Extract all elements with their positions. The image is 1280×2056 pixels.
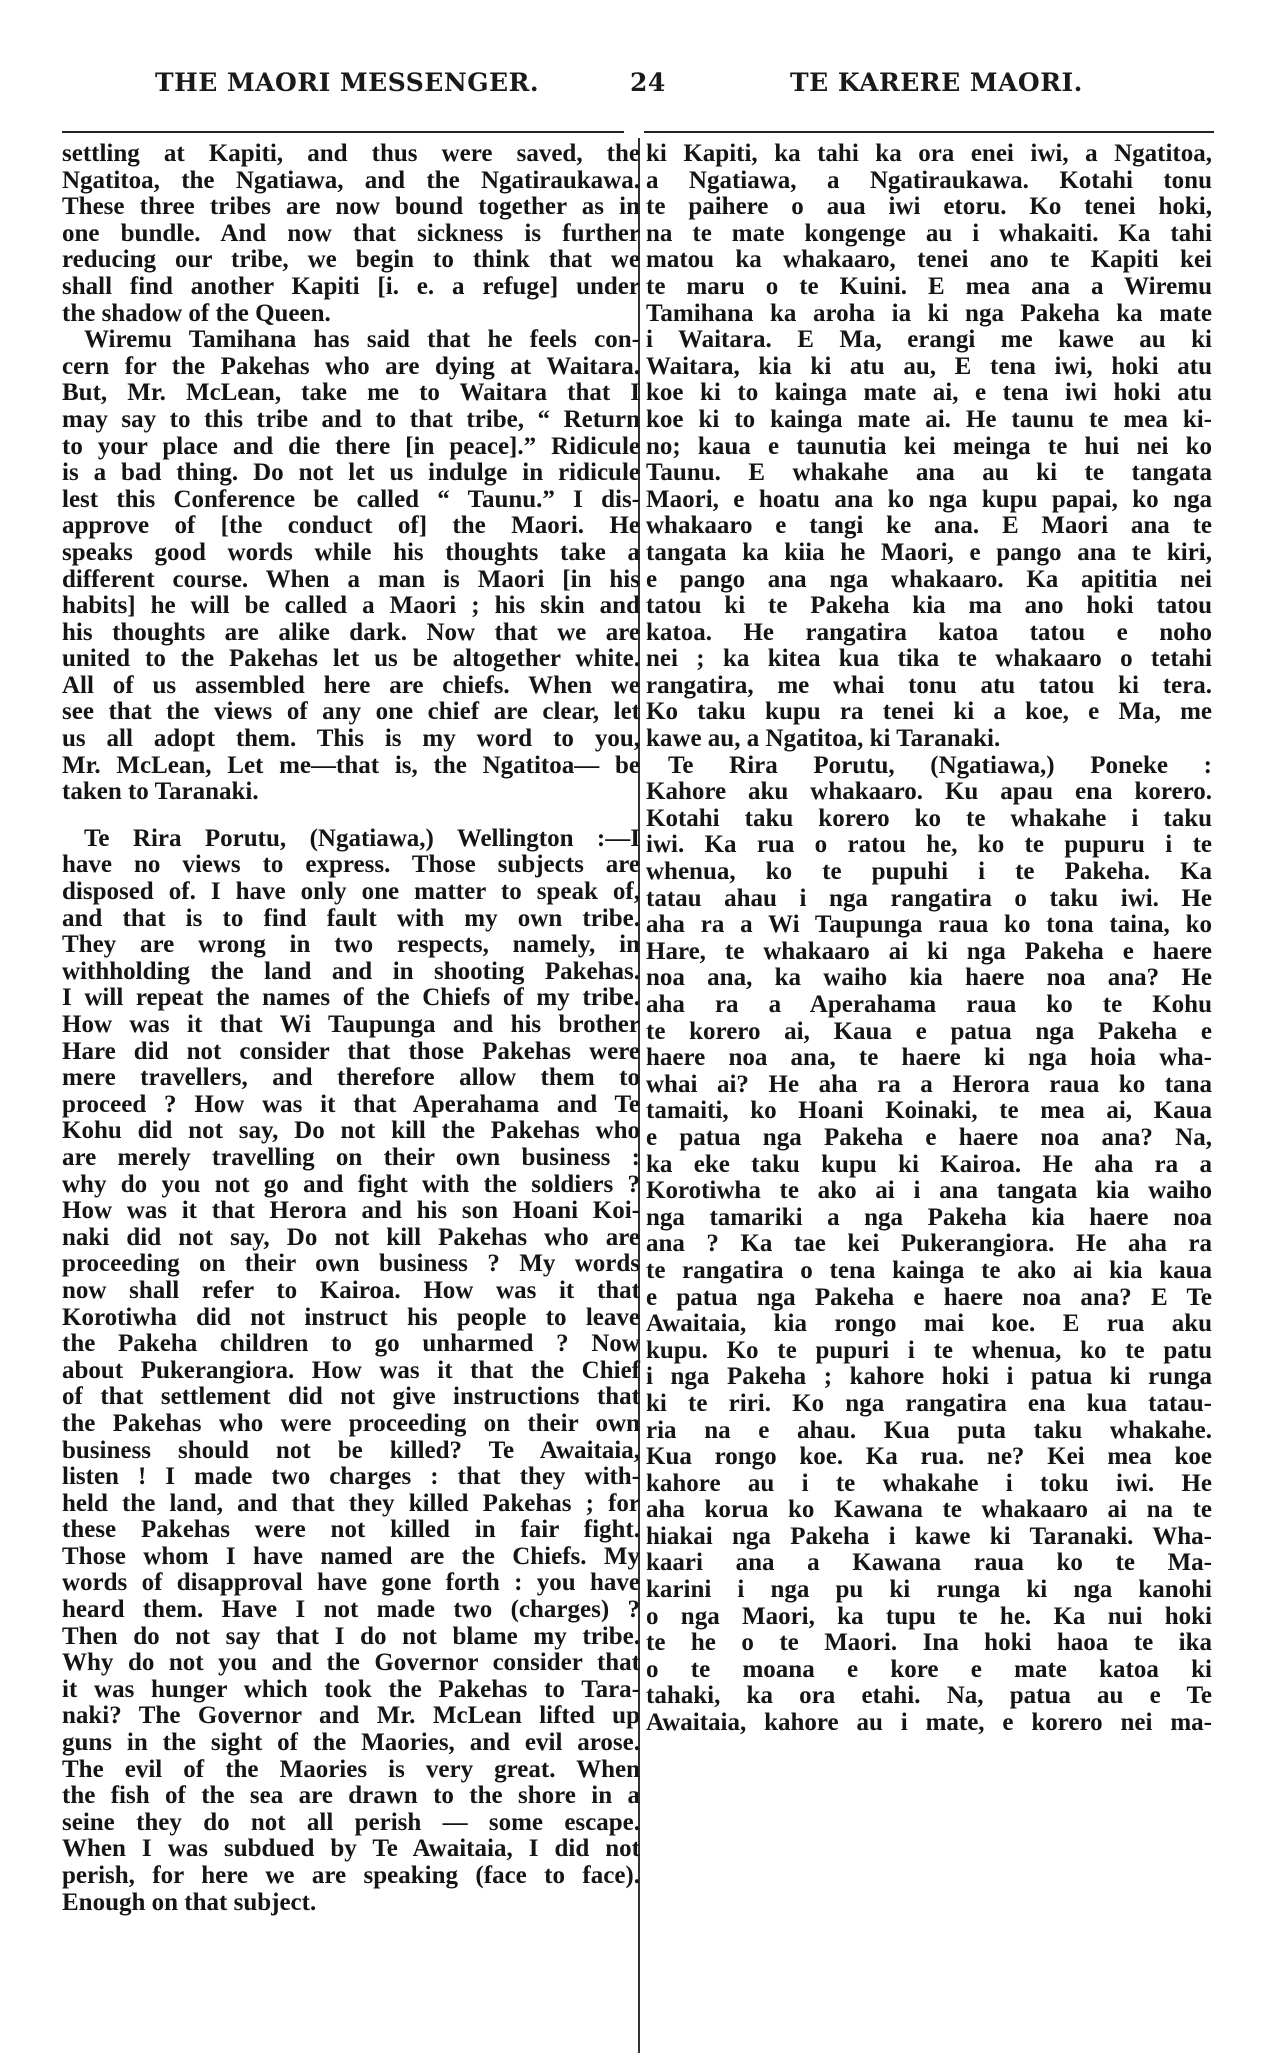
text-line: have no views to express. Those subjects…: [62, 852, 640, 879]
text-line: Maori, e hoatu ana ko nga kupu papai, ko…: [646, 487, 1212, 514]
page-number: 24: [630, 68, 666, 97]
text-line: These three tribes are now bound togethe…: [62, 194, 640, 221]
text-line: kawe au, a Ngatitoa, ki Taranaki.: [646, 726, 1212, 753]
text-line: koe ki to kainga mate ai. He taunu te me…: [646, 407, 1212, 434]
text-line: na te mate kongenge au i whakaiti. Ka ta…: [646, 221, 1212, 248]
text-line: business should not be killed? Te Awaita…: [62, 1438, 640, 1465]
text-line: different course. When a man is Maori [i…: [62, 567, 640, 594]
text-line: now shall refer to Kairoa. How was it th…: [62, 1278, 640, 1305]
text-line: When I was subdued by Te Awaitaia, I did…: [62, 1836, 640, 1863]
text-line: Tamihana ka aroha ia ki nga Pakeha ka ma…: [646, 301, 1212, 328]
text-line: Ko taku kupu ra tenei ki a koe, e Ma, me: [646, 699, 1212, 726]
text-line: kaari ana a Kawana raua ko te Ma-: [646, 1550, 1212, 1577]
text-line: tamaiti, ko Hoani Koinaki, te mea ai, Ka…: [646, 1098, 1212, 1125]
text-line: nei ; ka kitea kua tika te whakaaro o te…: [646, 646, 1212, 673]
text-line: matou ka whakaaro, tenei ano te Kapiti k…: [646, 247, 1212, 274]
text-line: may say to this tribe and to that tribe,…: [62, 407, 640, 434]
text-line: ana ? Ka tae kei Pukerangiora. He aha ra: [646, 1231, 1212, 1258]
text-line: habits] he will be called a Maori ; his …: [62, 593, 640, 620]
text-line: and that is to find fault with my own tr…: [62, 906, 640, 933]
text-line: proceeding on their own business ? My wo…: [62, 1251, 640, 1278]
text-line: te rangatira o tena kainga te ako ai kia…: [646, 1258, 1212, 1285]
text-line: kahore au i te whakahe i toku iwi. He: [646, 1471, 1212, 1498]
text-line: aha korua ko Kawana te whakaaro ai na te: [646, 1497, 1212, 1524]
text-line: one bundle. And now that sickness is fur…: [62, 221, 640, 248]
text-line: Te Rira Porutu, (Ngatiawa,) Wellington :…: [62, 826, 640, 853]
text-line: held the land, and that they killed Pake…: [62, 1491, 640, 1518]
text-line: te paihere o aua iwi etoru. Ko tenei hok…: [646, 194, 1212, 221]
text-line: The evil of the Maories is very great. W…: [62, 1757, 640, 1784]
text-line: of that settlement did not give instruct…: [62, 1384, 640, 1411]
text-line: i Waitara. E Ma, erangi me kawe au ki: [646, 327, 1212, 354]
text-line: proceed ? How was it that Aperahama and …: [62, 1092, 640, 1119]
maori-text-column: ki Kapiti, ka tahi ka ora enei iwi, a Ng…: [646, 141, 1212, 1737]
text-line: tatau ahau i nga rangatira o taku iwi. H…: [646, 886, 1212, 913]
text-line: Enough on that subject.: [62, 1890, 640, 1917]
text-line: ka eke taku kupu ki Kairoa. He aha ra a: [646, 1152, 1212, 1179]
text-line: hiakai nga Pakeha i kawe ki Taranaki. Wh…: [646, 1524, 1212, 1551]
text-line: Taunu. E whakahe ana au ki te tangata: [646, 460, 1212, 487]
text-line: seine they do not all perish — some esca…: [62, 1810, 640, 1837]
text-line: whenua, ko te pupuhi i te Pakeha. Ka: [646, 859, 1212, 886]
text-line: o nga Maori, ka tupu te he. Ka nui hoki: [646, 1604, 1212, 1631]
text-line: it was hunger which took the Pakehas to …: [62, 1677, 640, 1704]
maori-masthead-title: TE KARERE MAORI.: [790, 68, 1083, 97]
text-line: taken to Taranaki.: [62, 779, 640, 806]
text-line: ria na e ahau. Kua puta taku whakahe.: [646, 1418, 1212, 1445]
text-line: aha ra a Aperahama raua ko te Kohu: [646, 992, 1212, 1019]
text-line: haere noa ana, te haere ki nga hoia wha-: [646, 1045, 1212, 1072]
text-line: Korotiwha did not instruct his people to…: [62, 1305, 640, 1332]
text-line: are merely travelling on their own busin…: [62, 1145, 640, 1172]
text-line: these Pakehas were not killed in fair fi…: [62, 1517, 640, 1544]
text-line: rangatira, me whai tonu atu tatou ki ter…: [646, 673, 1212, 700]
text-line: speaks good words while his thoughts tak…: [62, 540, 640, 567]
text-line: karini i nga pu ki runga ki nga kanohi: [646, 1577, 1212, 1604]
text-line: the Pakehas who were proceeding on their…: [62, 1411, 640, 1438]
text-line: whakaaro e tangi ke ana. E Maori ana te: [646, 513, 1212, 540]
text-line: Awaitaia, kahore au i mate, e korero nei…: [646, 1710, 1212, 1737]
text-line: why do you not go and fight with the sol…: [62, 1172, 640, 1199]
text-line: whai ai? He aha ra a Herora raua ko tana: [646, 1072, 1212, 1099]
text-line: nga tamariki a nga Pakeha kia haere noa: [646, 1205, 1212, 1232]
text-line: Kohu did not say, Do not kill the Pakeha…: [62, 1118, 640, 1145]
text-line: naki did not say, Do not kill Pakehas wh…: [62, 1225, 640, 1252]
text-line: koe ki to kainga mate ai, e tena iwi hok…: [646, 380, 1212, 407]
text-line: shall find another Kapiti [i. e. a refug…: [62, 274, 640, 301]
text-line: lest this Conference be called “ Taunu.”…: [62, 487, 640, 514]
text-line: Hare, te whakaaro ai ki nga Pakeha e hae…: [646, 939, 1212, 966]
header-rule-left: [62, 131, 624, 133]
text-line: is a bad thing. Do not let us indulge in…: [62, 460, 640, 487]
text-line: ki te riri. Ko nga rangatira ena kua tat…: [646, 1391, 1212, 1418]
text-line: disposed of. I have only one matter to s…: [62, 879, 640, 906]
text-line: about Pukerangiora. How was it that the …: [62, 1358, 640, 1385]
text-line: Wiremu Tamihana has said that he feels c…: [62, 327, 640, 354]
text-line: e patua nga Pakeha e haere noa ana? Na,: [646, 1125, 1212, 1152]
text-line: approve of [the conduct of] the Maori. H…: [62, 513, 640, 540]
text-line: Then do not say that I do not blame my t…: [62, 1624, 640, 1651]
text-line: the fish of the sea are drawn to the sho…: [62, 1783, 640, 1810]
text-line: heard them. Have I not made two (charges…: [62, 1597, 640, 1624]
text-line: see that the views of any one chief are …: [62, 699, 640, 726]
text-line: the Pakeha children to go unharmed ? Now: [62, 1331, 640, 1358]
text-line: tatou ki te Pakeha kia ma ano hoki tatou: [646, 593, 1212, 620]
text-line: Why do not you and the Governor consider…: [62, 1650, 640, 1677]
text-line: te he o te Maori. Ina hoki haoa te ika: [646, 1630, 1212, 1657]
text-line: katoa. He rangatira katoa tatou e noho: [646, 620, 1212, 647]
text-line: united to the Pakehas let us be altogeth…: [62, 646, 640, 673]
text-line: How was it that Wi Taupunga and his brot…: [62, 1012, 640, 1039]
text-line: cern for the Pakehas who are dying at Wa…: [62, 354, 640, 381]
text-line: Ngatitoa, the Ngatiawa, and the Ngatirau…: [62, 168, 640, 195]
text-line: They are wrong in two respects, namely, …: [62, 932, 640, 959]
text-line: But, Mr. McLean, take me to Waitara that…: [62, 380, 640, 407]
text-line: How was it that Herora and his son Hoani…: [62, 1198, 640, 1225]
text-line: kupu. Ko te pupuri i te whenua, ko te pa…: [646, 1338, 1212, 1365]
text-line: tahaki, ka ora etahi. Na, patua au e Te: [646, 1683, 1212, 1710]
text-line: iwi. Ka rua o ratou he, ko te pupuru i t…: [646, 832, 1212, 859]
text-line: Te Rira Porutu, (Ngatiawa,) Poneke :: [646, 753, 1212, 780]
text-line: i nga Pakeha ; kahore hoki i patua ki ru…: [646, 1364, 1212, 1391]
text-line: listen ! I made two charges : that they …: [62, 1464, 640, 1491]
text-line: Waitara, kia ki atu au, E tena iwi, hoki…: [646, 354, 1212, 381]
text-line: Those whom I have named are the Chiefs. …: [62, 1544, 640, 1571]
text-line: Kahore aku whakaaro. Ku apau ena korero.: [646, 779, 1212, 806]
text-line: his thoughts are alike dark. Now that we…: [62, 620, 640, 647]
text-line: perish, for here we are speaking (face t…: [62, 1863, 640, 1890]
text-line: tangata ka kiia he Maori, e pango ana te…: [646, 540, 1212, 567]
text-line: noa ana, ka waiho kia haere noa ana? He: [646, 965, 1212, 992]
text-line: aha ra a Wi Taupunga raua ko tona taina,…: [646, 912, 1212, 939]
text-line: ki Kapiti, ka tahi ka ora enei iwi, a Ng…: [646, 141, 1212, 168]
text-line: Kua rongo koe. Ka rua. ne? Kei mea koe: [646, 1444, 1212, 1471]
text-line: All of us assembled here are chiefs. Whe…: [62, 673, 640, 700]
text-line: words of disapproval have gone forth : y…: [62, 1570, 640, 1597]
english-masthead-title: THE MAORI MESSENGER.: [155, 68, 539, 97]
text-line: us all adopt them. This is my word to yo…: [62, 726, 640, 753]
text-line: a Ngatiawa, a Ngatiraukawa. Kotahi tonu: [646, 168, 1212, 195]
english-text-column: settling at Kapiti, and thus were saved,…: [62, 141, 640, 1916]
text-line: o te moana e kore e mate katoa ki: [646, 1657, 1212, 1684]
text-line: no; kaua e taunutia kei meinga te hui ne…: [646, 434, 1212, 461]
text-line: to your place and die there [in peace].”…: [62, 434, 640, 461]
text-line: Awaitaia, kia rongo mai koe. E rua aku: [646, 1311, 1212, 1338]
text-line: Korotiwha te ako ai i ana tangata kia wa…: [646, 1178, 1212, 1205]
text-line: I will repeat the names of the Chiefs of…: [62, 985, 640, 1012]
text-line: naki? The Governor and Mr. McLean lifted…: [62, 1703, 640, 1730]
text-line: Mr. McLean, Let me—that is, the Ngatitoa…: [62, 753, 640, 780]
text-line: withholding the land and in shooting Pak…: [62, 959, 640, 986]
text-line: Kotahi taku korero ko te whakahe i taku: [646, 806, 1212, 833]
text-line: te korero ai, Kaua e patua nga Pakeha e: [646, 1019, 1212, 1046]
text-line: e pango ana nga whakaaro. Ka apititia ne…: [646, 567, 1212, 594]
text-line: the shadow of the Queen.: [62, 301, 640, 328]
text-line: mere travellers, and therefore allow the…: [62, 1065, 640, 1092]
text-line: Hare did not consider that those Pakehas…: [62, 1039, 640, 1066]
text-line: te maru o te Kuini. E mea ana a Wiremu: [646, 274, 1212, 301]
text-line: e patua nga Pakeha e haere noa ana? E Te: [646, 1285, 1212, 1312]
text-line: settling at Kapiti, and thus were saved,…: [62, 141, 640, 168]
text-line: reducing our tribe, we begin to think th…: [62, 247, 640, 274]
paragraph-gap: [62, 806, 640, 826]
text-line: guns in the sight of the Maories, and ev…: [62, 1730, 640, 1757]
header-rule-right: [644, 131, 1214, 133]
